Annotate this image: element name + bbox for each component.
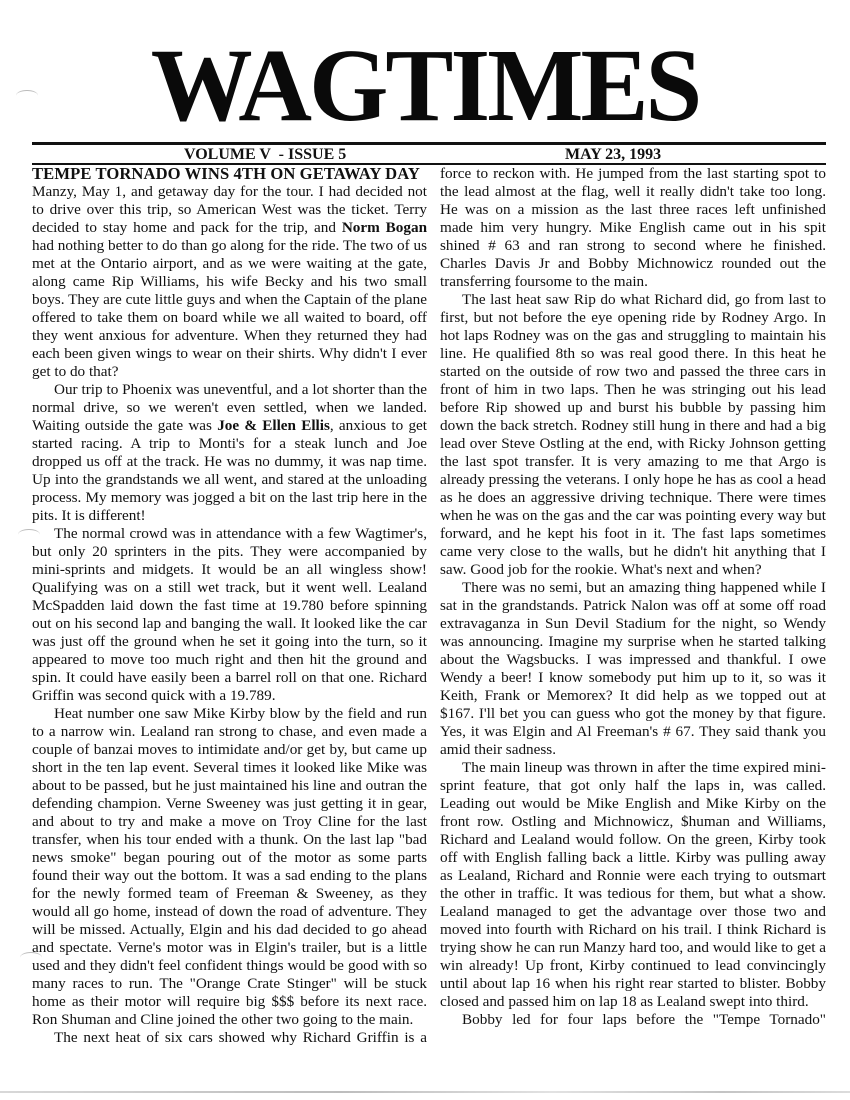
article-headline: TEMPE TORNADO WINS 4TH ON GETAWAY DAY — [32, 165, 427, 183]
article-paragraph: The normal crowd was in attendance with … — [32, 525, 427, 705]
article-paragraph: Bobby led for four laps before the "Temp… — [440, 1011, 826, 1029]
masthead-title: WAGTIMES — [9, 34, 842, 138]
article-column-left: TEMPE TORNADO WINS 4TH ON GETAWAY DAY Ma… — [32, 165, 427, 1047]
article-paragraph: Manzy, May 1, and getaway day for the to… — [32, 183, 427, 381]
article-paragraph: The main lineup was thrown in after the … — [440, 759, 826, 1011]
bold-name: Joe & Ellen Ellis — [217, 417, 330, 434]
article-paragraph: force to reckon with. He jumped from the… — [440, 165, 826, 291]
scan-punch-mark-top — [16, 90, 38, 101]
scan-punch-mark-bottom — [20, 952, 42, 963]
volume-issue-label: VOLUME V - ISSUE 5 — [184, 145, 346, 164]
issue-bar: VOLUME V - ISSUE 5 MAY 23, 1993 — [32, 145, 826, 163]
article-column-right: force to reckon with. He jumped from the… — [440, 165, 826, 1029]
scan-punch-mark-middle — [18, 529, 40, 540]
bold-name: Norm Bogan — [342, 219, 427, 236]
scan-edge-line — [0, 1091, 850, 1093]
article-paragraph: The last heat saw Rip do what Richard di… — [440, 291, 826, 579]
article-paragraph: Heat number one saw Mike Kirby blow by t… — [32, 705, 427, 1029]
article-paragraph: The next heat of six cars showed why Ric… — [32, 1029, 427, 1047]
article-paragraph: Our trip to Phoenix was uneventful, and … — [32, 381, 427, 525]
issue-date: MAY 23, 1993 — [565, 145, 661, 164]
article-paragraph: There was no semi, but an amazing thing … — [440, 579, 826, 759]
